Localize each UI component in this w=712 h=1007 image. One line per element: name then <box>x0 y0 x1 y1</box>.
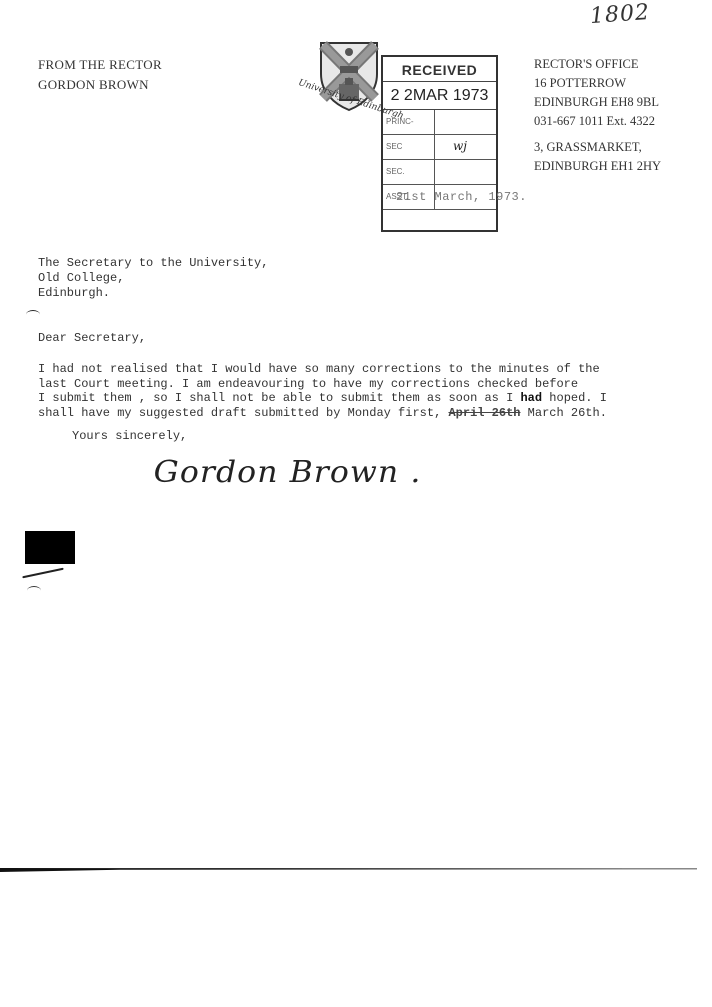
letter-body: I had not realised that I would have so … <box>38 362 607 420</box>
body-line: I had not realised that I would have so … <box>38 362 607 377</box>
stamp-label: SEC <box>383 135 435 159</box>
stamp-label: SEC. <box>383 160 435 184</box>
office-phone: 031-667 1011 Ext. 4322 <box>534 112 661 131</box>
handwritten-reference-number: 1802 <box>589 0 651 29</box>
received-stamp: RECEIVED 2 2MAR 1973 PRINC- SEC wj SEC. … <box>381 55 498 232</box>
punch-hole-mark <box>26 310 40 319</box>
stamp-row: SEC. <box>383 160 496 185</box>
secondary-address-line: EDINBURGH EH1 2HY <box>534 157 661 176</box>
body-line: I submit them , so I shall not be able t… <box>38 391 607 406</box>
punch-hole-mark <box>27 586 41 595</box>
office-line: EDINBURGH EH8 9BL <box>534 93 661 112</box>
stamp-row: SEC wj <box>383 135 496 160</box>
recipient-line: Old College, <box>38 271 268 286</box>
body-line: shall have my suggested draft submitted … <box>38 406 607 421</box>
pen-stroke-mark <box>22 568 63 579</box>
from-name: GORDON BROWN <box>38 75 162 95</box>
struck-out-text: April 26th <box>448 406 520 420</box>
stamp-row <box>383 210 496 240</box>
office-line: RECTOR'S OFFICE <box>534 55 661 74</box>
recipient-line: Edinburgh. <box>38 286 268 301</box>
scan-edge-line <box>0 867 697 873</box>
closing: Yours sincerely, <box>72 429 187 443</box>
salutation: Dear Secretary, <box>38 331 146 345</box>
secondary-address-line: 3, GRASSMARKET, <box>534 138 661 157</box>
stamp-label: PRINC- <box>383 110 435 134</box>
overtyped-word: had <box>520 391 542 405</box>
handwritten-signature: Gordon Brown . <box>154 455 422 490</box>
office-address-block: RECTOR'S OFFICE 16 POTTERROW EDINBURGH E… <box>534 55 661 176</box>
stamp-title: RECEIVED <box>383 59 496 82</box>
stamp-initials: wj <box>435 135 496 159</box>
redaction-block <box>25 531 75 564</box>
letter-date: 21st March, 1973. <box>396 190 527 204</box>
recipient-address: The Secretary to the University, Old Col… <box>38 256 268 301</box>
stamp-date: 2 2MAR 1973 <box>383 83 496 110</box>
from-line: FROM THE RECTOR <box>38 55 162 75</box>
office-line: 16 POTTERROW <box>534 74 661 93</box>
body-line: last Court meeting. I am endeavouring to… <box>38 377 607 392</box>
stamp-row: PRINC- <box>383 110 496 135</box>
from-block: FROM THE RECTOR GORDON BROWN <box>38 55 162 95</box>
stamp-value <box>435 160 496 184</box>
recipient-line: The Secretary to the University, <box>38 256 268 271</box>
stamp-value <box>435 110 496 134</box>
